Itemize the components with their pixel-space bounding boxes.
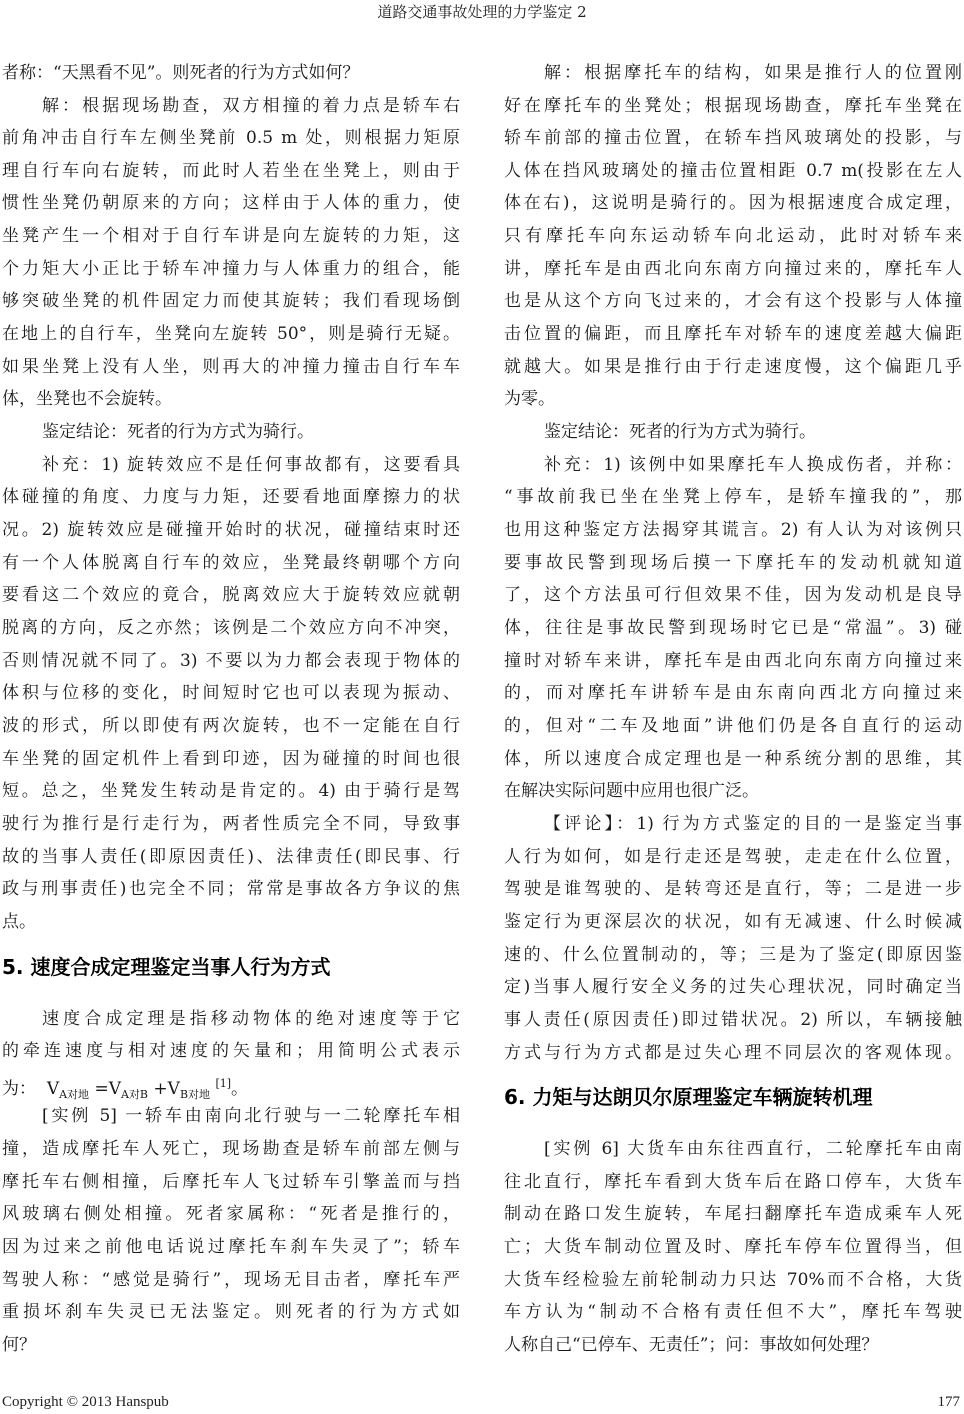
text-line: 了，这个方法虽可行但效果不佳，因为发动机是良导 <box>504 580 962 610</box>
text-line: 的牵连速度与相对速度的矢量和；用简明公式表示 <box>2 1036 460 1066</box>
text-line: 的，但对“二车及地面”讲他们仍是各自直行的运动 <box>504 711 962 741</box>
section-heading-6: 6. 力矩与达朗贝尔原理鉴定车辆旋转机理 <box>504 1082 872 1112</box>
text-line: 体积与位移的变化，时间短时它也可以表现为振动、 <box>2 678 460 708</box>
text-line: 在地上的自行车，坐凳向左旋转 50°，则是骑行无疑。 <box>2 319 460 349</box>
text-line: 车坐凳的固定机件上看到印迹，因为碰撞的时间也很 <box>2 744 460 774</box>
text-line: 故的当事人责任(即原因责任)、法律责任(即民事、行 <box>2 842 460 872</box>
text-line: 个力矩大小正比于轿车冲撞力与人体重力的组合，能 <box>2 254 460 284</box>
formula-plus: + <box>153 1079 167 1099</box>
text-line: 波的形式，所以即使有两次旋转，也不一定能在自行 <box>2 711 460 741</box>
text-line: 够突破坐凳的机件固定力而使其旋转；我们看现场倒 <box>2 286 460 316</box>
text-line: 否则情况就不同了。3) 不要以为力都会表现于物体的 <box>2 646 460 676</box>
text-line: 脱离的方向，反之亦然；该例是二个效应方向不冲突， <box>2 613 460 643</box>
section-heading-5: 5. 速度合成定理鉴定当事人行为方式 <box>2 952 330 982</box>
text-line: 【评论】：1) 行为方式鉴定的目的一是鉴定当事 <box>504 809 962 839</box>
text-line: 为零。 <box>504 384 962 414</box>
text-line: 驶行为推行是行走行为，两者性质完全不同，导致事 <box>2 809 460 839</box>
text-line: 就越大。如果是推行由于行走速度慢，这个偏距几乎 <box>504 352 962 382</box>
text-line: [实例 5] 一轿车由南向北行驶与一二轮摩托车相 <box>2 1101 460 1131</box>
text-line: 体在右)，这说明是骑行的。因为根据速度合成定理， <box>504 188 962 218</box>
text-line: 好在摩托车的坐凳处；根据现场勘查，摩托车坐凳在 <box>504 91 962 121</box>
text-line: 事人责任(原因责任)即过错状况。2) 所以，车辆接触 <box>504 1005 962 1035</box>
formula-sub-b-ground: B对地 <box>180 1088 210 1101</box>
running-head-title: 道路交通事故处理的力学鉴定 2 <box>0 2 964 22</box>
text-line: [实例 6] 大货车由东往西直行，二轮摩托车由南 <box>504 1134 962 1164</box>
text-line: 风玻璃右侧处相撞。死者家属称：“死者是推行的， <box>2 1199 460 1229</box>
text-line: 理自行车向右旋转，而此时人若坐在坐凳上，则由于 <box>2 156 460 186</box>
formula-v2: V <box>109 1079 121 1099</box>
text-line: 政与刑事责任)也完全不同；常常是事故各方争议的焦 <box>2 874 460 904</box>
formula-v3: V <box>168 1079 180 1099</box>
formula-equals: = <box>94 1079 108 1099</box>
text-line: 解：根据现场勘查，双方相撞的着力点是轿车右 <box>2 91 460 121</box>
text-line: 因为过来之前他电话说过摩托车刹车失灵了”；轿车 <box>2 1232 460 1262</box>
citation-ref-1[interactable]: [1] <box>215 1077 231 1090</box>
text-line: 况。2) 旋转效应是碰撞开始时的状况，碰撞结束时还 <box>2 515 460 545</box>
text-line: “事故前我已坐在坐凳上停车，是轿车撞我的”，那 <box>504 482 962 512</box>
text-line: 者称：“天黑看不见”。则死者的行为方式如何？ <box>2 58 460 88</box>
text-line: 前角冲击自行车左侧坐凳前 0.5 m 处，则根据力矩原 <box>2 123 460 153</box>
text-line: 解：根据摩托车的结构，如果是推行人的位置刚 <box>504 58 962 88</box>
text-line: 速度合成定理是指移动物体的绝对速度等于它 <box>2 1004 460 1034</box>
copyright-notice: Copyright © 2013 Hanspub <box>2 1392 169 1412</box>
text-line: 亡；大货车制动位置及时、摩托车停车位置得当，但 <box>504 1232 962 1262</box>
text-line: 要看这二个效应的竟合，脱离效应大于旋转效应就朝 <box>2 580 460 610</box>
text-line: 速的、什么位置制动的，等；三是为了鉴定(即原因鉴 <box>504 940 962 970</box>
formula-sub-a-ground: A对地 <box>59 1088 89 1101</box>
text-line: 撞时对轿车来讲，摩托车是由西北向东南方向撞过来 <box>504 646 962 676</box>
text-line: 车方认为“制动不合格有责任但不大”，摩托车驾驶 <box>504 1297 962 1327</box>
text-line: 驾驶是谁驾驶的、是转弯还是直行，等；二是进一步 <box>504 874 962 904</box>
text-line: 人体在挡风玻璃处的撞击位置相距 0.7 m(投影在左人 <box>504 156 962 186</box>
text-line: 撞，造成摩托车人死亡，现场勘查是轿车前部左侧与 <box>2 1134 460 1164</box>
text-line: 也是从这个方向飞过来的，才会有这个投影与人体撞 <box>504 286 962 316</box>
text-line: 体碰撞的角度、力度与力矩，还要看地面摩擦力的状 <box>2 482 460 512</box>
text-line: 鉴定结论：死者的行为方式为骑行。 <box>504 417 962 447</box>
text-line: 坐凳产生一个相对于自行车讲是向左旋转的力矩，这 <box>2 221 460 251</box>
text-line: 何？ <box>2 1330 460 1360</box>
page-number: 177 <box>938 1392 961 1412</box>
text-line: 鉴定结论：死者的行为方式为骑行。 <box>2 417 460 447</box>
text-line: 也用这种鉴定方法揭穿其谎言。2) 有人认为对该例只 <box>504 515 962 545</box>
text-line: 要事故民警到现场后摸一下摩托车的发动机就知道 <box>504 548 962 578</box>
text-line: 点。 <box>2 907 460 937</box>
text-line: 击位置的偏距，而且摩托车对轿车的速度差越大偏距 <box>504 319 962 349</box>
text-line: 鉴定行为更深层次的状况，如有无减速、什么时候减 <box>504 907 962 937</box>
formula-prefix: 为： <box>2 1079 36 1099</box>
text-line: 只有摩托车向东运动轿车向北运动，此时对轿车来 <box>504 221 962 251</box>
text-line: 定)当事人履行安全义务的过失心理状况，同时确定当 <box>504 972 962 1002</box>
text-line: 体，所以速度合成定理也是一种系统分割的思维，其 <box>504 744 962 774</box>
text-line: 体，往往是事故民警到现场时它已是“常温”。3) 碰 <box>504 613 962 643</box>
text-line: 人行为如何，如是行走还是驾驶，走走在什么位置， <box>504 842 962 872</box>
text-line: 往北直行，摩托车看到大货车后在路口停车，大货车 <box>504 1167 962 1197</box>
formula-suffix: 。 <box>231 1079 248 1099</box>
text-line: 补充：1) 该例中如果摩托车人换成伤者，并称： <box>504 450 962 480</box>
text-line: 有一个人体脱离自行车的效应，坐凳最终朝哪个方向 <box>2 548 460 578</box>
text-line: 讲，摩托车是由西北向东南方向撞过来的，摩托车人 <box>504 254 962 284</box>
text-line: 的，而对摩托车讲轿车是由东南向西北方向撞过来 <box>504 678 962 708</box>
text-line: 短。总之，坐凳发生转动是肯定的。4) 由于骑行是驾 <box>2 776 460 806</box>
text-line: 驾驶人称：“感觉是骑行”，现场无目击者，摩托车严 <box>2 1265 460 1295</box>
text-line: 惯性坐凳仍朝原来的方向；这样由于人体的重力，使 <box>2 188 460 218</box>
text-line: 大货车经检验左前轮制动力只达 70%而不合格，大货 <box>504 1265 962 1295</box>
text-line: 方式与行为方式都是过失心理不同层次的客观体现。 <box>504 1038 962 1068</box>
text-line: 体，坐凳也不会旋转。 <box>2 384 460 414</box>
text-line: 补充：1) 旋转效应不是任何事故都有，这要看具 <box>2 450 460 480</box>
text-line: 如果坐凳上没有人坐，则再大的冲撞力撞击自行车车 <box>2 352 460 382</box>
formula-sub-a-b: A对B <box>121 1088 148 1101</box>
text-line: 轿车前部的撞击位置，在轿车挡风玻璃处的投影，与 <box>504 123 962 153</box>
text-line: 重损坏刹车失灵已无法鉴定。则死者的行为方式如 <box>2 1297 460 1327</box>
text-line: 摩托车右侧相撞，后摩托车人飞过轿车引擎盖而与挡 <box>2 1167 460 1197</box>
text-line: 人称自己“已停车、无责任”；问：事故如何处理？ <box>504 1330 962 1360</box>
text-line: 在解决实际问题中应用也很广泛。 <box>504 776 962 806</box>
text-line: 制动在路口发生旋转，车尾扫翻摩托车造成乘车人死 <box>504 1199 962 1229</box>
formula-v1: V <box>47 1079 59 1099</box>
